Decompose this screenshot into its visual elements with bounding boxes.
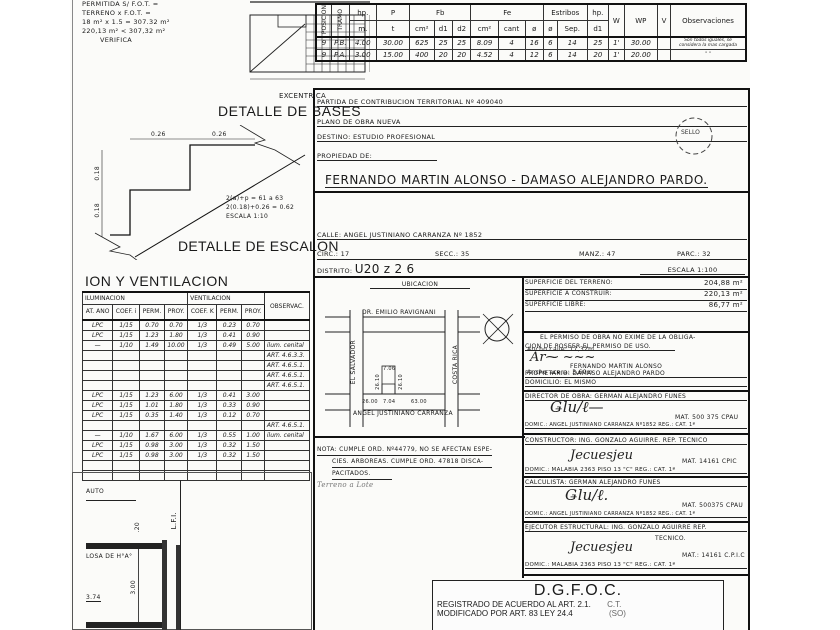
ejecutor-mat: MAT.: 14161 C.P.I.C xyxy=(682,552,745,559)
table-cell: 6.00 xyxy=(164,430,187,440)
level-mark: 3.74 xyxy=(86,594,101,602)
table-cell: 1.23 xyxy=(140,330,165,340)
frame-line xyxy=(522,433,750,435)
table-cell: 0.32 xyxy=(217,440,242,450)
frame-line xyxy=(522,574,750,576)
table-cell xyxy=(113,380,140,390)
stamp-text: MODIFICADO POR ART. 83 LEY 24.4 xyxy=(437,609,573,618)
col-header: PROY. xyxy=(164,304,187,320)
table-cell xyxy=(140,370,165,380)
col-subheader: d1 xyxy=(587,21,608,38)
table-row: ART. 4.6.5.1. xyxy=(83,420,310,430)
table-cell: 6 xyxy=(543,49,557,61)
table-cell: 0.70 xyxy=(140,320,165,330)
col-subheader: cant xyxy=(498,21,525,38)
col-group: ILUMINACION xyxy=(83,292,188,304)
col-header: POSICION xyxy=(321,5,328,34)
col-subheader: cm² xyxy=(410,21,434,38)
table-cell: 1/10 xyxy=(113,430,140,440)
table-cell: LPC xyxy=(83,440,113,450)
calc-line: PERMITIDA S/ F.O.T. = xyxy=(82,0,170,9)
table-cell: 1.50 xyxy=(242,440,265,450)
lot-dim: 7.06 xyxy=(383,366,395,372)
table-cell: 3.00 xyxy=(164,440,187,450)
wall xyxy=(162,540,167,630)
dim-tread: 0.26 xyxy=(212,131,227,138)
ejecutor-signature: Jecuesjeu xyxy=(570,540,633,555)
col-subheader: d1 xyxy=(434,21,452,38)
table-row xyxy=(83,460,310,470)
frame-line xyxy=(313,191,750,193)
table-cell xyxy=(242,460,265,470)
secc-field: SECC.: 35 xyxy=(435,250,470,258)
table-cell: 0.35 xyxy=(140,410,165,420)
table-cell: 3.00 xyxy=(164,450,187,460)
nota-line: PACITADOS. xyxy=(332,468,392,480)
table-cell: 1/3 xyxy=(188,430,217,440)
table-cell: 8.09 xyxy=(471,37,498,49)
table-cell xyxy=(83,460,113,470)
table-cell xyxy=(188,370,217,380)
col-header: PERM. xyxy=(140,304,165,320)
catastro-row: CIRC.: 17 SECC.: 35 MANZ.: 47 PARC.: 32 xyxy=(317,250,747,260)
table-cell xyxy=(242,380,265,390)
calculista-domic: DOMIC.: ANGEL JUSTINIANO CARRANZA Nº1852… xyxy=(525,511,747,518)
table-cell: 1.49 xyxy=(140,340,165,350)
superficie-label: SUPERFICIE A CONSTRUIR: xyxy=(525,290,612,297)
stair-detail-title: DETALLE DE ESCALON xyxy=(178,238,339,254)
table-cell xyxy=(113,360,140,370)
nota-block: NOTA: CUMPLE ORD. Nº44779, NO SE AFECTAN… xyxy=(317,444,492,491)
lot-dim: 26.10 xyxy=(375,374,381,390)
table-cell: 1/15 xyxy=(113,390,140,400)
dim-riser: 0.18 xyxy=(94,166,101,181)
col-header: OBSERVAC. xyxy=(264,292,309,320)
dim-line xyxy=(138,549,139,622)
table-cell: 3.00 xyxy=(242,390,265,400)
table-cell: 30.00 xyxy=(624,37,657,49)
table-cell: 30.00 xyxy=(376,37,409,49)
lft-label: L.F.I. xyxy=(170,512,178,529)
table-cell: ilum. cenital xyxy=(264,340,309,350)
escala-field: ESCALA 1:100 xyxy=(640,266,745,275)
superficie-row: SUPERFICIE DEL TERRENO: 204,88 m² xyxy=(525,279,747,290)
superficie-value: 220,13 m² xyxy=(704,290,743,298)
distrito-value: U20 z 2 6 xyxy=(355,262,415,276)
table-row: ART. 4.6.5.1. xyxy=(83,360,310,370)
table-cell: 0.41 xyxy=(217,330,242,340)
nota-line: NOTA: CUMPLE ORD. Nº44779, NO SE AFECTAN… xyxy=(317,444,492,456)
col-subheader: d2 xyxy=(452,21,470,38)
section-detail-frame xyxy=(72,472,312,630)
table-cell xyxy=(83,360,113,370)
frame-line xyxy=(522,476,750,478)
table-cell: 0.33 xyxy=(217,400,242,410)
slab xyxy=(86,543,164,549)
table-cell: 9 xyxy=(316,37,332,49)
formula-line: ESCALA 1:10 xyxy=(226,212,294,221)
table-cell: 25 xyxy=(434,37,452,49)
table-cell: 20 xyxy=(587,49,608,61)
table-row: LPC1/150.351.401/30.120.70 xyxy=(83,410,310,420)
table-cell xyxy=(83,420,113,430)
table-cell: — xyxy=(83,430,113,440)
table-cell xyxy=(657,49,670,61)
table-cell: 0.41 xyxy=(217,390,242,400)
table-row: ART. 4.6.5.1. xyxy=(83,380,310,390)
table-cell: LPC xyxy=(83,330,113,340)
permiso-text: EL PERMISO DE OBRA NO EXIME DE LA OBLIGA… xyxy=(540,334,696,341)
table-row: LPC1/150.983.001/30.321.50 xyxy=(83,440,310,450)
table-cell: 5.00 xyxy=(242,340,265,350)
director-domic: DOMIC.: ANGEL JUSTINIANO CARRANZA Nº1852… xyxy=(525,422,747,429)
manz-field: MANZ.: 47 xyxy=(579,250,616,258)
table-cell xyxy=(217,460,242,470)
table-cell: 1.01 xyxy=(140,400,165,410)
distrito-row: DISTRITO: U20 z 2 6 xyxy=(317,262,467,277)
table-cell xyxy=(164,460,187,470)
table-cell: 20 xyxy=(434,49,452,61)
divider xyxy=(86,500,136,501)
lft-line xyxy=(180,480,181,630)
table-cell: 1/15 xyxy=(113,410,140,420)
table-cell: 0.70 xyxy=(164,320,187,330)
table-cell: LPC xyxy=(83,400,113,410)
table-row: LPC1/151.236.001/30.413.00 xyxy=(83,390,310,400)
table-cell xyxy=(242,360,265,370)
stamp-line: REGISTRADO DE ACUERDO AL ART. 2.1. C.T. xyxy=(437,600,723,609)
dgfoc-stamp: D.G.F.O.C. REGISTRADO DE ACUERDO AL ART.… xyxy=(432,580,724,630)
street-label-bottom: ANGEL JUSTINIANO CARRANZA xyxy=(353,410,453,417)
constructor-field: CONSTRUCTOR: ING. GONZALO AGUIRRE. REP. … xyxy=(525,437,747,445)
vent-table-body: LPC1/150.700.701/30.230.70LPC1/151.231.8… xyxy=(83,320,310,480)
ejecutor-field-cont: TECNICO. xyxy=(655,535,686,542)
table-cell xyxy=(264,320,309,330)
table-cell xyxy=(164,360,187,370)
table-cell: 1/3 xyxy=(188,450,217,460)
table-cell: 4.00 xyxy=(349,37,376,49)
table-row: LPC1/151.231.801/30.410.90 xyxy=(83,330,310,340)
table-cell xyxy=(217,380,242,390)
superficie-label: SUPERFICIE LIBRE: xyxy=(525,301,586,308)
vent-table: ILUMINACION VENTILACION OBSERVAC. AT. AN… xyxy=(82,291,310,481)
table-cell: 0.55 xyxy=(217,430,242,440)
table-cell xyxy=(264,450,309,460)
calculista-signature: Ǥlu/ℓ. xyxy=(565,486,608,505)
table-cell xyxy=(140,350,165,360)
table-cell: 1/3 xyxy=(188,340,217,350)
superficie-row: SUPERFICIE A CONSTRUIR: 220,13 m² xyxy=(525,290,747,301)
table-cell: 0.12 xyxy=(217,410,242,420)
table-cell: 400 xyxy=(410,49,434,61)
table-cell: 0.70 xyxy=(242,410,265,420)
table-cell: 1/15 xyxy=(113,330,140,340)
superficies-block: SUPERFICIE DEL TERRENO: 204,88 m² SUPERF… xyxy=(525,279,747,312)
table-row: LPC1/151.011.801/30.330.90 xyxy=(83,400,310,410)
table-cell xyxy=(83,350,113,360)
calc-line: VERIFICA xyxy=(82,36,170,45)
frame-line xyxy=(748,88,750,630)
col-header: Fb xyxy=(410,4,471,21)
table-cell: 0.70 xyxy=(242,320,265,330)
dim-riser: 0.18 xyxy=(94,203,101,218)
table-cell: 9 xyxy=(316,49,332,61)
wall xyxy=(176,545,180,630)
table-cell: LPC xyxy=(83,410,113,420)
director-signature: Ǥlu/ℓ— xyxy=(550,398,603,417)
table-row: —1/101.676.001/30.551.00ilum. cenital xyxy=(83,430,310,440)
table-cell xyxy=(113,460,140,470)
col-header: AT. ANO xyxy=(83,304,113,320)
table-cell: P.B. xyxy=(332,37,350,49)
table-cell: 0.98 xyxy=(140,440,165,450)
table-cell xyxy=(264,410,309,420)
col-header: W xyxy=(608,4,624,37)
table-row: —1/101.4910.001/30.495.00ilum. cenital xyxy=(83,340,310,350)
col-header: COEF. i xyxy=(113,304,140,320)
table-cell: ART. 4.6.5.1. xyxy=(264,370,309,380)
stamp-text: (SO) xyxy=(609,609,626,618)
table-cell: 4.52 xyxy=(471,49,498,61)
section-label: AUTO xyxy=(86,488,104,495)
table-cell: 0.98 xyxy=(140,450,165,460)
lot-dim: 7.04 xyxy=(383,399,395,405)
nota-line: CIES. ARBOREAS. CUMPLE ORD. 47818 DISCA- xyxy=(332,456,492,468)
col-subheader: t xyxy=(376,21,409,38)
ejecutor-domic: DOMIC.: MALABIA 2363 PISO 13 "C" REG.: C… xyxy=(525,562,747,569)
calculista-mat: MAT. 500375 CPAU xyxy=(682,502,743,509)
stamp-line: MODIFICADO POR ART. 83 LEY 24.4 (SO) xyxy=(437,609,723,618)
constructor-mat: MAT. 14161 CPIC xyxy=(682,458,737,465)
col-subheader: Sep. xyxy=(557,21,587,38)
propiedad-label: PROPIEDAD DE: xyxy=(317,152,437,161)
col-header: PERM. xyxy=(217,304,242,320)
table-cell xyxy=(140,380,165,390)
table-cell xyxy=(264,390,309,400)
table-cell: 1.80 xyxy=(164,400,187,410)
svg-text:SELLO: SELLO xyxy=(681,129,700,136)
table-cell: 25 xyxy=(452,37,470,49)
street-label-top: DR. EMILIO RAVIGNANI xyxy=(362,309,436,316)
table-cell: 1.80 xyxy=(164,330,187,340)
frame-line xyxy=(313,88,750,90)
table-cell xyxy=(188,350,217,360)
col-header: COEF. K xyxy=(188,304,217,320)
street-label-right: COSTA RICA xyxy=(452,345,459,384)
col-group: VENTILACION xyxy=(188,292,265,304)
col-subheader: cm² xyxy=(471,21,498,38)
nota-handwritten: Terreno a Lote xyxy=(317,480,492,491)
table-cell: 1/10 xyxy=(113,340,140,350)
table-cell xyxy=(164,350,187,360)
table-cell xyxy=(264,440,309,450)
table-cell: 1/15 xyxy=(113,440,140,450)
slab xyxy=(86,622,164,628)
stamp-text: REGISTRADO DE ACUERDO AL ART. 2.1. xyxy=(437,600,591,609)
table-cell xyxy=(242,350,265,360)
table-cell: ART. 4.6.5.1. xyxy=(264,360,309,370)
table-cell xyxy=(188,420,217,430)
table-cell: 0.23 xyxy=(217,320,242,330)
table-cell: LPC xyxy=(83,320,113,330)
superficie-label: SUPERFICIE DEL TERRENO: xyxy=(525,279,613,286)
table-cell xyxy=(264,330,309,340)
col-header: hp. xyxy=(587,4,608,21)
col-header: WP xyxy=(624,4,657,37)
table-cell xyxy=(140,460,165,470)
col-subheader: ø xyxy=(525,21,543,38)
table-cell: 12 xyxy=(525,49,543,61)
frame-line xyxy=(522,331,750,333)
table-cell: LPC xyxy=(83,450,113,460)
table-cell: 6 xyxy=(543,37,557,49)
fot-calc-note: PERMITIDA S/ F.O.T. = TERRENO x F.O.T. =… xyxy=(82,0,170,45)
table-cell: 1/15 xyxy=(113,400,140,410)
table-cell xyxy=(113,420,140,430)
calc-line: 18 m² x 1.5 = 307.32 m² xyxy=(82,18,170,27)
domicilio-field: DOMICILIO: EL MISMO xyxy=(525,379,747,387)
col-header: hp. xyxy=(349,4,376,21)
table-cell xyxy=(242,420,265,430)
table-cell: 14 xyxy=(557,49,587,61)
table-row: ART. 4.6.3.3. xyxy=(83,350,310,360)
table-cell: 20 xyxy=(452,49,470,61)
table-cell: 10.00 xyxy=(164,340,187,350)
table-cell xyxy=(83,380,113,390)
table-cell: 1.40 xyxy=(164,410,187,420)
table-cell: LPC xyxy=(83,390,113,400)
director-mat: MAT. 500 375 CPAU xyxy=(675,414,738,421)
table-cell xyxy=(188,380,217,390)
frame-line xyxy=(522,433,524,578)
table-row: LPC1/150.983.001/30.321.50 xyxy=(83,450,310,460)
table-cell: — xyxy=(83,340,113,350)
table-cell: 1/15 xyxy=(113,320,140,330)
table-cell: 16 xyxy=(525,37,543,49)
table-cell: 1/3 xyxy=(188,410,217,420)
ubicacion-title: UBICACION xyxy=(370,281,470,289)
table-cell: 14 xyxy=(557,37,587,49)
constructor-signature: Jecuesjeu xyxy=(570,448,633,463)
col-subheader: ø xyxy=(543,21,557,38)
propietario-field: PROPIETARIO: DAMASO ALEJANDRO PARDO xyxy=(525,370,747,378)
col-header: V xyxy=(657,4,670,37)
lot-dim: 26.10 xyxy=(398,374,404,390)
table-cell: Son todos iguales, se considera la mas c… xyxy=(671,37,747,49)
col-header: Estribos xyxy=(543,4,587,21)
table-cell xyxy=(242,370,265,380)
col-subheader: m. xyxy=(349,21,376,38)
table-cell: ART. 4.6.5.1. xyxy=(264,420,309,430)
circ-field: CIRC.: 17 xyxy=(317,250,349,258)
frame-line xyxy=(522,390,750,392)
table-cell xyxy=(217,360,242,370)
frame-line xyxy=(522,521,750,523)
superficie-row: SUPERFICIE LIBRE: 86,77 m² xyxy=(525,301,747,312)
distrito-label: DISTRITO: xyxy=(317,267,352,275)
table-cell: 1.00 xyxy=(242,430,265,440)
table-cell: 1/15 xyxy=(113,450,140,460)
formula-line: 2(a)+p = 61 a 63 xyxy=(226,194,294,203)
table-cell xyxy=(164,380,187,390)
slab-thickness: .20 xyxy=(134,522,141,532)
dim-tread: 0.26 xyxy=(151,131,166,138)
table-cell xyxy=(188,360,217,370)
table-cell: P.A. xyxy=(332,49,350,61)
col-header: P xyxy=(376,4,409,21)
table-cell: 625 xyxy=(410,37,434,49)
table-cell: 0.90 xyxy=(242,400,265,410)
lot-dim: 26.00 xyxy=(362,399,378,405)
calle-field: CALLE: ANGEL JUSTINIANO CARRANZA Nº 1852 xyxy=(317,231,747,240)
table-cell xyxy=(217,350,242,360)
constructor-domic: DOMIC.: MALABIA 2363 PISO 13 "C" REG.: C… xyxy=(525,467,747,474)
column-table-body: 9P.B.4.0030.0062525258.09416614251'30.00… xyxy=(316,37,746,61)
table-cell: 0.49 xyxy=(217,340,242,350)
table-cell xyxy=(83,370,113,380)
col-header: PROY. xyxy=(242,304,265,320)
table-cell xyxy=(164,370,187,380)
formula-line: 2(0.18)+0.26 = 0.62 xyxy=(226,203,294,212)
superficie-value: 86,77 m² xyxy=(709,301,743,309)
table-cell: 15.00 xyxy=(376,49,409,61)
frame-line xyxy=(522,276,524,436)
table-row: LPC1/150.700.701/30.230.70 xyxy=(83,320,310,330)
table-cell xyxy=(264,460,309,470)
partida-field: PARTIDA DE CONTRIBUCION TERRITORIAL Nº 4… xyxy=(317,98,747,107)
superficie-value: 204,88 m² xyxy=(704,279,743,287)
table-cell: 20.00 xyxy=(624,49,657,61)
municipal-seal: SELLO xyxy=(670,112,720,162)
stair-formula: 2(a)+p = 61 a 63 2(0.18)+0.26 = 0.62 ESC… xyxy=(226,194,294,221)
table-cell xyxy=(217,370,242,380)
table-row: ART. 4.6.5.1. xyxy=(83,370,310,380)
lot-dim: 63.00 xyxy=(411,399,427,405)
street-label-left: EL SALVADOR xyxy=(350,340,357,384)
table-cell: " " xyxy=(671,49,747,61)
col-header: Fe xyxy=(471,4,544,21)
calculista-field: CALCULISTA: GERMAN ALEJANDRO FUNES xyxy=(525,479,747,487)
table-row: 9P.A.3.0015.0040020204.52412614201'20.00… xyxy=(316,49,746,61)
table-cell: 1' xyxy=(608,49,624,61)
table-cell xyxy=(188,460,217,470)
stamp-text: C.T. xyxy=(607,600,621,609)
table-cell xyxy=(264,400,309,410)
table-cell: 1/3 xyxy=(188,320,217,330)
frame-line xyxy=(313,436,525,438)
parc-field: PARC.: 32 xyxy=(677,250,711,258)
calc-line: 220,13 m² < 307,32 m² xyxy=(82,27,170,36)
col-header: TRAMO xyxy=(337,9,344,31)
table-cell xyxy=(657,37,670,49)
table-cell: 1/3 xyxy=(188,440,217,450)
ejecutor-field: EJECUTOR ESTRUCTURAL: ING. GONZALO AGUIR… xyxy=(525,524,747,532)
table-cell xyxy=(217,420,242,430)
table-cell: 1/3 xyxy=(188,390,217,400)
table-cell xyxy=(140,420,165,430)
height-dim: 3.00 xyxy=(130,580,137,595)
table-cell xyxy=(140,360,165,370)
vent-table-title: ION Y VENTILACION xyxy=(85,273,228,289)
table-cell: ART. 4.6.5.1. xyxy=(264,380,309,390)
table-cell: 0.90 xyxy=(242,330,265,340)
table-cell: 25 xyxy=(587,37,608,49)
table-cell: 6.00 xyxy=(164,390,187,400)
frame-line xyxy=(313,276,750,278)
column-table: POSICION TRAMO hp. P Fb Fe Estribos hp. … xyxy=(315,3,747,62)
table-cell: 4 xyxy=(498,49,525,61)
table-row: 9P.B.4.0030.0062525258.09416614251'30.00… xyxy=(316,37,746,49)
